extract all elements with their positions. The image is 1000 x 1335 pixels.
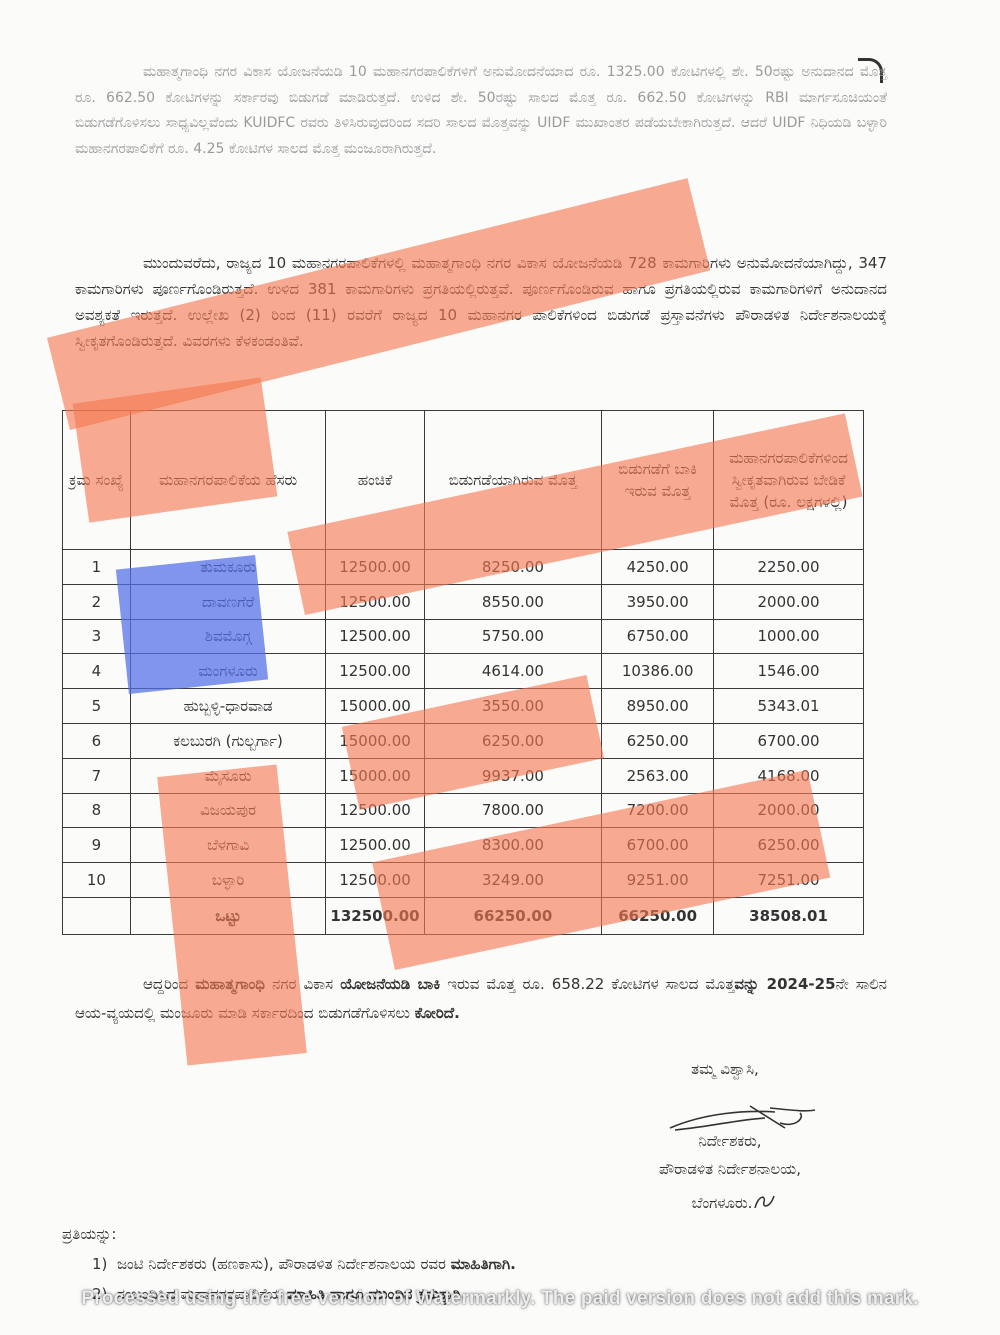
paragraph-status: ಮುಂದುವರೆದು, ರಾಜ್ಯದ 10 ಮಹಾನಗರಪಾಲಿಕೆಗಳಲ್ಲಿ… — [75, 250, 887, 354]
cell-demand: 6250.00 — [714, 828, 864, 863]
table-total-row: ಒಟ್ಟು132500.0066250.0066250.0038508.01 — [63, 897, 864, 934]
initials-icon — [752, 1190, 778, 1212]
header-pending-amount: ಬಿಡುಗಡೆಗೆ ಬಾಕಿ ಇರುವ ಮೊತ್ತ — [602, 411, 714, 550]
signatory-city: ಬೆಂಗಳೂರು. — [660, 1190, 810, 1212]
cell-serial: 4 — [63, 654, 131, 689]
cell-pending: 7200.00 — [602, 793, 714, 828]
copy-item: 1) ಜಂಟಿ ನಿರ್ದೇಶಕರು (ಹಣಕಾಸು), ಪೌರಾಡಳಿತ ನಿ… — [92, 1255, 516, 1273]
signatory-title: ನಿರ್ದೇಶಕರು, — [660, 1132, 800, 1150]
cell-allocation: 15000.00 — [326, 723, 424, 758]
cell-released: 3550.00 — [424, 689, 602, 724]
cell-allocation: 12500.00 — [326, 550, 424, 585]
cell-name: ವಿಜಯಪುರ — [130, 793, 326, 828]
paragraph-2-text: ಮುಂದುವರೆದು, ರಾಜ್ಯದ 10 ಮಹಾನಗರಪಾಲಿಕೆಗಳಲ್ಲಿ… — [75, 254, 887, 350]
total-cell-pending: 66250.00 — [602, 897, 714, 934]
copies-section: ಪ್ರತಿಯನ್ನು: 1) ಜಂಟಿ ನಿರ್ದೇಶಕರು (ಹಣಕಾಸು),… — [62, 1225, 116, 1243]
cell-allocation: 12500.00 — [326, 828, 424, 863]
cell-name: ತುಮಕೂರು — [130, 550, 326, 585]
total-cell-name: ಒಟ್ಟು — [130, 897, 326, 934]
cell-allocation: 12500.00 — [326, 654, 424, 689]
cell-demand: 2000.00 — [714, 584, 864, 619]
table-row: 5ಹುಬ್ಬಳ್ಳಿ-ಧಾರವಾಡ15000.003550.008950.005… — [63, 689, 864, 724]
cell-serial: 3 — [63, 619, 131, 654]
cell-demand: 2000.00 — [714, 793, 864, 828]
cell-pending: 6750.00 — [602, 619, 714, 654]
cell-demand: 1000.00 — [714, 619, 864, 654]
cell-pending: 3950.00 — [602, 584, 714, 619]
paragraph-request: ಆದ್ದರಿಂದ ಮಹಾತ್ಮಗಾಂಧಿ ನಗರ ವಿಕಾಸ ಯೋಜನೆಯಡಿ … — [75, 970, 887, 1028]
table-row: 8ವಿಜಯಪುರ12500.007800.007200.002000.00 — [63, 793, 864, 828]
cell-allocation: 15000.00 — [326, 758, 424, 793]
total-cell-released: 66250.00 — [424, 897, 602, 934]
paragraph-1-text: ಮಹಾತ್ಮಗಾಂಧಿ ನಗರ ವಿಕಾಸ ಯೋಜನೆಯಡಿ 10 ಮಹಾನಗರ… — [75, 64, 887, 157]
table-row: 6ಕಲಬುರಗಿ (ಗುಲ್ಬರ್ಗಾ)15000.006250.006250.… — [63, 723, 864, 758]
cell-name: ಬೆಳಗಾವಿ — [130, 828, 326, 863]
cell-name: ಕಲಬುರಗಿ (ಗುಲ್ಬರ್ಗಾ) — [130, 723, 326, 758]
cell-released: 8250.00 — [424, 550, 602, 585]
p3-text-2: ನಗರ ವಿಕಾಸ — [265, 975, 340, 993]
cell-demand: 7251.00 — [714, 863, 864, 898]
cell-serial: 6 — [63, 723, 131, 758]
cell-released: 4614.00 — [424, 654, 602, 689]
total-cell-serial — [63, 897, 131, 934]
table-body: 1ತುಮಕೂರು12500.008250.004250.002250.002ದಾ… — [63, 550, 864, 935]
cell-demand: 1546.00 — [714, 654, 864, 689]
cell-serial: 2 — [63, 584, 131, 619]
cell-serial: 10 — [63, 863, 131, 898]
cell-serial: 8 — [63, 793, 131, 828]
p3-bold-4: ಕೋರಿದೆ. — [415, 1004, 460, 1022]
cell-pending: 2563.00 — [602, 758, 714, 793]
cell-serial: 1 — [63, 550, 131, 585]
table-row: 10ಬಳ್ಳಾರಿ12500.003249.009251.007251.00 — [63, 863, 864, 898]
cell-demand: 2250.00 — [714, 550, 864, 585]
cell-serial: 7 — [63, 758, 131, 793]
p3-bold-2: ಯೋಜನೆಯಡಿ ಬಾಕಿ — [340, 975, 440, 993]
cell-released: 8300.00 — [424, 828, 602, 863]
cell-pending: 10386.00 — [602, 654, 714, 689]
cell-pending: 6700.00 — [602, 828, 714, 863]
header-allocation: ಹಂಚಿಕೆ — [326, 411, 424, 550]
cell-allocation: 12500.00 — [326, 793, 424, 828]
release-status-table: ಕ್ರಮ ಸಂಖ್ಯೆ ಮಹಾನಗರಪಾಲಿಕೆಯ ಹೆಸರು ಹಂಚಿಕೆ ಬ… — [62, 410, 864, 935]
cell-released: 5750.00 — [424, 619, 602, 654]
header-demand-received: ಮಹಾನಗರಪಾಲಿಕೆಗಳಿಂದ ಸ್ವೀಕೃತವಾಗಿರುವ ಬೇಡಿಕೆ … — [714, 411, 864, 550]
copies-heading: ಪ್ರತಿಯನ್ನು: — [62, 1225, 116, 1243]
header-released-amount: ಬಿಡುಗಡೆಯಾಗಿರುವ ಮೊತ್ತ — [424, 411, 602, 550]
table-row: 1ತುಮಕೂರು12500.008250.004250.002250.00 — [63, 550, 864, 585]
cell-released: 6250.00 — [424, 723, 602, 758]
cell-pending: 9251.00 — [602, 863, 714, 898]
cell-name: ಬಳ್ಳಾರಿ — [130, 863, 326, 898]
table-header-row: ಕ್ರಮ ಸಂಖ್ಯೆ ಮಹಾನಗರಪಾಲಿಕೆಯ ಹೆಸರು ಹಂಚಿಕೆ ಬ… — [63, 411, 864, 550]
cell-pending: 8950.00 — [602, 689, 714, 724]
cell-name: ಹುಬ್ಬಳ್ಳಿ-ಧಾರವಾಡ — [130, 689, 326, 724]
p3-bold-1: ಮಹಾತ್ಮಗಾಂಧಿ — [195, 975, 265, 993]
cell-released: 7800.00 — [424, 793, 602, 828]
table-row: 2ದಾವಣಗೆರೆ12500.008550.003950.002000.00 — [63, 584, 864, 619]
total-cell-allocation: 132500.00 — [326, 897, 424, 934]
cell-pending: 6250.00 — [602, 723, 714, 758]
cell-demand: 4168.00 — [714, 758, 864, 793]
table-row: 7ಮೈಸೂರು15000.009937.002563.004168.00 — [63, 758, 864, 793]
header-serial-no: ಕ್ರಮ ಸಂಖ್ಯೆ — [63, 411, 131, 550]
cell-released: 8550.00 — [424, 584, 602, 619]
cell-allocation: 15000.00 — [326, 689, 424, 724]
header-corporation-name: ಮಹಾನಗರಪಾಲಿಕೆಯ ಹೆಸರು — [130, 411, 326, 550]
p3-text-3: ಇರುವ ಮೊತ್ತ ರೂ. 658.22 ಕೋಟಿಗಳ ಸಾಲದ ಮೊತ್ತ — [440, 975, 734, 993]
cell-released: 3249.00 — [424, 863, 602, 898]
cell-name: ಮಂಗಳೂರು — [130, 654, 326, 689]
cell-demand: 5343.01 — [714, 689, 864, 724]
signatory-office: ಪೌರಾಡಳಿತ ನಿರ್ದೇಶನಾಲಯ, — [595, 1160, 865, 1178]
cell-serial: 5 — [63, 689, 131, 724]
table-row: 4ಮಂಗಳೂರು12500.004614.0010386.001546.00 — [63, 654, 864, 689]
cell-allocation: 12500.00 — [326, 584, 424, 619]
table-row: 9ಬೆಳಗಾವಿ12500.008300.006700.006250.00 — [63, 828, 864, 863]
cell-released: 9937.00 — [424, 758, 602, 793]
closing-salutation: ತಮ್ಮ ವಿಶ್ವಾಸಿ, — [645, 1060, 805, 1078]
cell-name: ಶಿವಮೊಗ್ಗ — [130, 619, 326, 654]
table-row: 3ಶಿವಮೊಗ್ಗ12500.005750.006750.001000.00 — [63, 619, 864, 654]
cell-serial: 9 — [63, 828, 131, 863]
total-cell-demand: 38508.01 — [714, 897, 864, 934]
p3-text-1: ಆದ್ದರಿಂದ — [143, 975, 195, 993]
cell-allocation: 12500.00 — [326, 619, 424, 654]
watermark-text: Processed using the free version of Wate… — [0, 1288, 1000, 1310]
cell-name: ದಾವಣಗೆರೆ — [130, 584, 326, 619]
cell-allocation: 12500.00 — [326, 863, 424, 898]
p3-bold-3: ವನ್ನು 2024-25 — [734, 975, 835, 993]
cell-name: ಮೈಸೂರು — [130, 758, 326, 793]
cell-pending: 4250.00 — [602, 550, 714, 585]
cell-demand: 6700.00 — [714, 723, 864, 758]
paragraph-faded-intro: ಮಹಾತ್ಮಗಾಂಧಿ ನಗರ ವಿಕಾಸ ಯೋಜನೆಯಡಿ 10 ಮಹಾನಗರ… — [75, 60, 887, 162]
